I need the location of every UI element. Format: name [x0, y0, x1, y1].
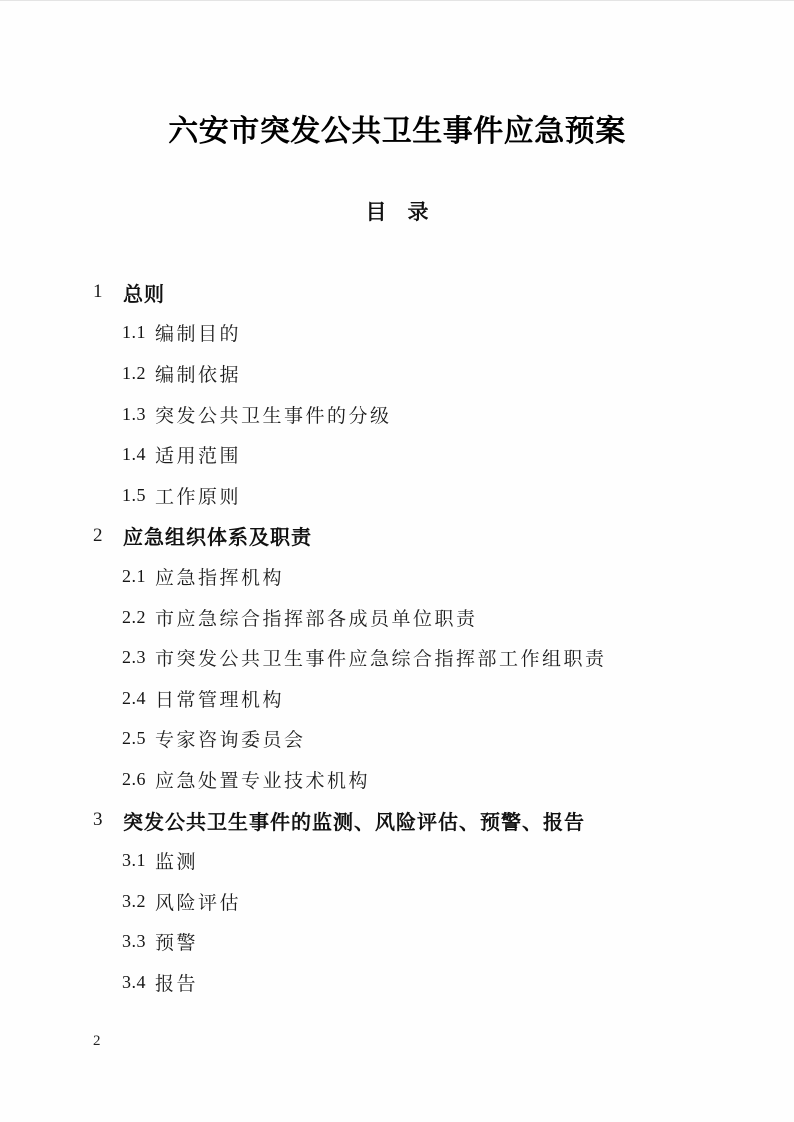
- toc-item-number: 1.5: [122, 485, 146, 506]
- toc-item-text: 应急指挥机构: [155, 563, 284, 590]
- toc-item-number: 2.2: [122, 607, 146, 628]
- document-page: 六安市突发公共卫生事件应急预案 目 录 1 总则 1.1 编制目的 1.2 编制…: [0, 0, 794, 1122]
- toc-item-text: 预警: [155, 928, 198, 955]
- toc-item-text: 报告: [155, 969, 198, 996]
- toc-item-2-4: 2.4 日常管理机构: [0, 678, 794, 719]
- toc-item-text: 专家咨询委员会: [155, 725, 306, 752]
- toc-item-1-3: 1.3 突发公共卫生事件的分级: [0, 394, 794, 435]
- toc-item-1-1: 1.1 编制目的: [0, 313, 794, 354]
- toc-item-text: 监测: [155, 847, 198, 874]
- toc-item-3-1: 3.1 监测: [0, 840, 794, 881]
- toc-heading: 目 录: [0, 199, 794, 226]
- toc-section-1: 1 总则: [0, 272, 794, 313]
- toc-item-2-1: 2.1 应急指挥机构: [0, 556, 794, 597]
- toc-item-number: 1.3: [122, 404, 146, 425]
- toc-item-1-4: 1.4 适用范围: [0, 434, 794, 475]
- toc-section-3: 3 突发公共卫生事件的监测、风险评估、预警、报告: [0, 800, 794, 841]
- toc-item-text: 编制依据: [155, 360, 241, 387]
- toc-section-title: 应急组织体系及职责: [123, 521, 312, 550]
- toc-section-number: 3: [93, 809, 123, 831]
- toc-item-number: 3.1: [122, 850, 146, 871]
- toc-item-text: 工作原则: [155, 482, 241, 509]
- toc-item-3-3: 3.3 预警: [0, 922, 794, 963]
- toc-item-text: 突发公共卫生事件的分级: [155, 401, 392, 428]
- toc-section-title: 总则: [123, 278, 165, 307]
- toc-item-number: 1.2: [122, 363, 146, 384]
- toc-item-3-2: 3.2 风险评估: [0, 881, 794, 922]
- toc-item-number: 1.1: [122, 322, 146, 343]
- toc-item-text: 日常管理机构: [155, 685, 284, 712]
- toc-item-number: 2.4: [122, 688, 146, 709]
- toc-section-2: 2 应急组织体系及职责: [0, 516, 794, 557]
- toc-section-number: 1: [93, 281, 123, 303]
- toc-item-2-5: 2.5 专家咨询委员会: [0, 719, 794, 760]
- toc-item-text: 适用范围: [155, 441, 241, 468]
- toc-item-number: 1.4: [122, 444, 146, 465]
- toc-item-1-5: 1.5 工作原则: [0, 475, 794, 516]
- toc-item-1-2: 1.2 编制依据: [0, 353, 794, 394]
- toc-section-title: 突发公共卫生事件的监测、风险评估、预警、报告: [123, 806, 585, 835]
- toc-item-number: 2.3: [122, 647, 146, 668]
- toc-item-text: 市突发公共卫生事件应急综合指挥部工作组职责: [155, 644, 607, 671]
- toc-item-3-4: 3.4 报告: [0, 962, 794, 1003]
- toc-item-2-3: 2.3 市突发公共卫生事件应急综合指挥部工作组职责: [0, 637, 794, 678]
- page-number: 2: [93, 1033, 101, 1050]
- toc-item-text: 编制目的: [155, 319, 241, 346]
- toc-item-text: 市应急综合指挥部各成员单位职责: [155, 604, 478, 631]
- toc-item-number: 2.5: [122, 728, 146, 749]
- toc-item-number: 3.3: [122, 931, 146, 952]
- toc-item-number: 3.2: [122, 891, 146, 912]
- toc-item-text: 应急处置专业技术机构: [155, 766, 370, 793]
- toc-section-number: 2: [93, 525, 123, 547]
- table-of-contents: 1 总则 1.1 编制目的 1.2 编制依据 1.3 突发公共卫生事件的分级 1…: [0, 272, 794, 1003]
- document-title: 六安市突发公共卫生事件应急预案: [0, 1, 794, 151]
- toc-item-number: 3.4: [122, 972, 146, 993]
- toc-item-number: 2.6: [122, 769, 146, 790]
- toc-item-2-6: 2.6 应急处置专业技术机构: [0, 759, 794, 800]
- toc-item-number: 2.1: [122, 566, 146, 587]
- toc-item-text: 风险评估: [155, 888, 241, 915]
- toc-item-2-2: 2.2 市应急综合指挥部各成员单位职责: [0, 597, 794, 638]
